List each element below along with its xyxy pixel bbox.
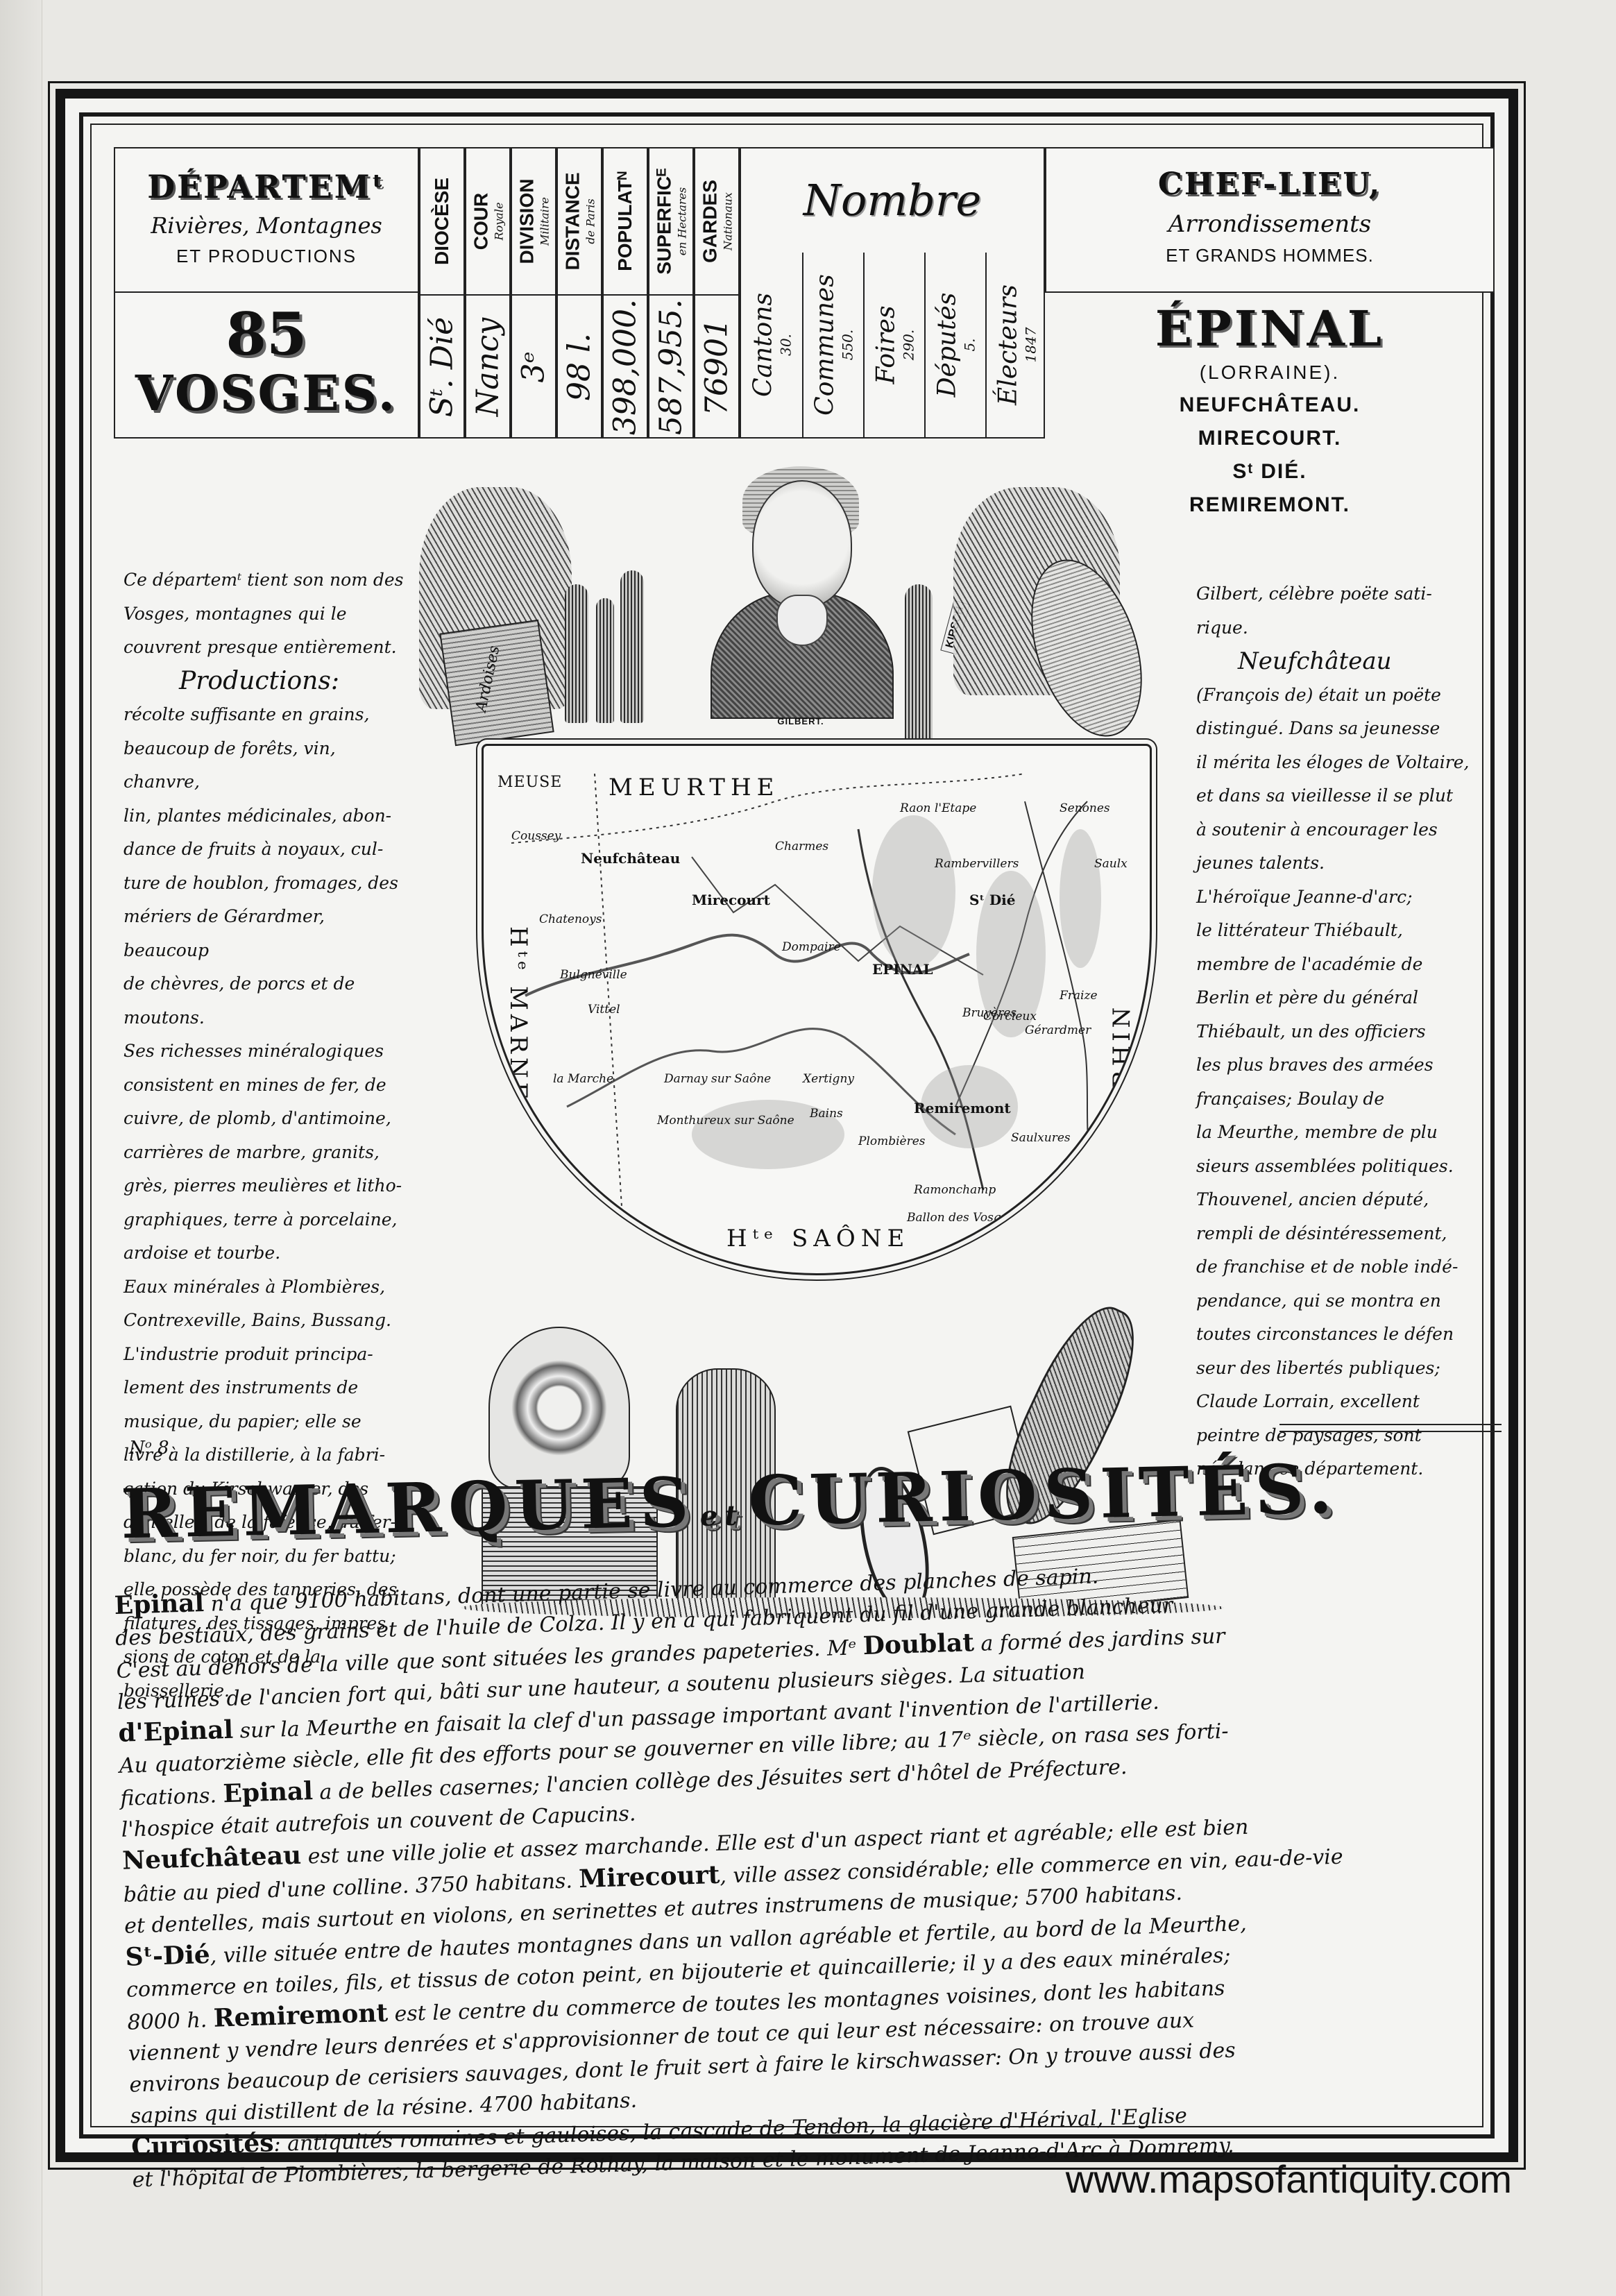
department-heading: DÉPARTEMᵗ Rivières, Montagnes ET PRODUCT… [114,147,419,293]
text-line: de franchise et de noble indé- [1196,1250,1502,1284]
text-line: et dans sa vieillesse il se plut [1196,779,1502,813]
nombre-item: Députés5. [924,253,985,437]
plate-number: Nᵒ 8. [129,1438,175,1459]
place-label[interactable]: Darnay sur Saône [664,1072,771,1086]
text-line: Berlin et père du général [1196,981,1502,1015]
bottle-illustration [905,584,933,744]
place-label[interactable]: Xertigny [803,1072,854,1086]
place-label[interactable]: la Marche [553,1072,613,1086]
great-men-text: Gilbert, célèbre poëte sati-rique.Neufch… [1196,577,1502,1486]
text-line: L'industrie produit principa- [124,1338,415,1372]
text-line: Claude Lorrain, excellent [1196,1385,1502,1419]
stat-label: SUPERFICᴱ [654,168,675,274]
text-line: récolte suffisante en grains, [124,698,415,732]
place-name-highlight: Sᵗ-Dié [125,1940,210,1972]
remarks-body: Epinal n'a que 9100 habitans, dont une p… [114,1547,1513,2195]
place-label[interactable]: Ballon des Vosges [907,1211,1014,1225]
text-line: il mérita les éloges de Voltaire, [1196,746,1502,780]
text-line: toutes circonstances le défen [1196,1318,1502,1352]
department-name: 85 VOSGES. [114,293,419,439]
neighbor-department-label: Hᵗᵉ SAÔNE [726,1225,910,1252]
text-line: jeunes talents. [1196,847,1502,881]
stat-value: Nancy [470,318,506,417]
text-line: beaucoup de forêts, vin, chanvre, [124,732,415,799]
slate-crate-illustration: Ardoises [439,620,554,746]
stat-value: 587,955. [654,299,689,435]
text-line: Contrexeville, Bains, Bussang. [124,1304,415,1338]
divider-rule [1279,1424,1502,1432]
text-line: distingué. Dans sa jeunesse [1196,712,1502,746]
neighbor-department-label: MEUSE [497,774,562,791]
bottle-illustration [620,570,644,723]
text-line: (François de) était un poëte [1196,679,1502,713]
place-label[interactable]: Rambervillers [935,857,1019,871]
stat-value: 3ᵉ [516,351,552,382]
place-label[interactable]: Ramonchamp [914,1183,996,1197]
watermark-url: www.mapsofantiquity.com [1066,2157,1512,2202]
stat-label: DIOCÈSE [431,178,452,265]
neighbor-department-label: Hᵗ RHIN [1108,1003,1136,1134]
bottle-illustration [565,584,588,723]
section-title: REMARQUESetCURIOSITÉS. [114,1462,1460,1542]
place-name-highlight: Epinal [114,1588,205,1620]
place-label[interactable]: Vittel [588,1003,620,1017]
city-label[interactable]: Neufchâteau [581,850,680,867]
neighbor-department-label: MEURTHE [609,774,779,801]
stat-column: DIOCÈSESᵗ. Dié [419,147,465,439]
stat-value: Sᵗ. Dié [425,317,460,417]
place-name-highlight: Epinal [223,1776,314,1808]
stat-column: DIVISIONMilitaire3ᵉ [511,147,556,439]
stat-column: COURRoyaleNancy [465,147,511,439]
region-name: (LORRAINE). [1045,362,1495,384]
text-line: de chèvres, de porcs et de moutons. [124,967,415,1035]
text-line: Neufchâteau [1196,645,1502,679]
text-line: lin, plantes médicinales, abon- [124,799,415,833]
remarks-text: fications. [120,1783,223,1811]
text-line: consistent en mines de fer, de [124,1069,415,1103]
text-line: le littérateur Thiébault, [1196,914,1502,948]
place-label[interactable]: Coussey [511,829,561,843]
stat-label: DIVISION [516,179,538,264]
text-line: rique. [1196,611,1502,645]
stat-column: GARDESNationaux76901 [694,147,740,439]
nombre-item: Cantons30. [741,253,802,437]
book-gutter [0,0,42,2296]
stat-column: SUPERFICᴱen Hectares587,955. [648,147,694,439]
place-label[interactable]: Monthureux sur Saône [657,1114,794,1128]
place-label[interactable]: Bains [810,1107,843,1121]
city-label[interactable]: Remiremont [914,1100,1011,1116]
text-line: à soutenir à encourager les [1196,813,1502,847]
text-line: françaises; Boulay de [1196,1082,1502,1116]
chef-lieu-heading: CHEF-LIEU, Arrondissements ET GRANDS HOM… [1045,147,1495,293]
text-line: graphiques, terre à porcelaine, [124,1203,415,1237]
stat-label: DISTANCE [562,172,584,270]
city-label[interactable]: EPINAL [872,961,933,978]
stat-label: COUR [470,193,492,250]
city-label[interactable]: Mirecourt [692,892,770,908]
portrait-caption: GILBERT. [731,716,870,726]
department-title: VOSGES. [115,364,418,422]
text-line: lement des instruments de [124,1371,415,1405]
text-line: Gilbert, célèbre poëte sati- [1196,577,1502,611]
text-line: les plus braves des armées [1196,1048,1502,1082]
text-line: musique, du papier; elle se [124,1405,415,1439]
nombre-block: NombreCantons30.Communes550.Foires290.Dé… [740,147,1045,439]
text-line: ardoise et tourbe. [124,1236,415,1270]
place-name-highlight: Neufchâteau [122,1841,302,1876]
place-label[interactable]: Dompaire [782,940,841,954]
place-label[interactable]: Fraize [1060,989,1098,1003]
place-label[interactable]: Corcieux [983,1010,1037,1023]
place-label[interactable]: Bulgnéville [560,968,627,982]
neighbor-department-label: Hᵗᵉ MARNE [504,926,532,1104]
nombre-item: Électeurs1847 [985,253,1046,437]
department-number: 85 [115,300,418,368]
stat-value: 398,000. [608,299,643,435]
text-line: Vosges, montagnes qui le [124,597,415,631]
remarks-text: 8000 h. [127,2008,214,2035]
place-label[interactable]: Saulx [1094,857,1128,871]
text-line: dance de fruits à noyaux, cul- [124,833,415,867]
nombre-title: Nombre [741,148,1044,253]
productions-heading: Productions: [124,665,415,699]
text-line: grès, pierres meulières et litho- [124,1169,415,1203]
bottle-illustration [596,598,614,723]
stat-value: 76901 [699,318,735,416]
text-line: pendance, qui se montra en [1196,1284,1502,1318]
place-label[interactable]: Gérardmer [1025,1023,1091,1037]
stat-value: 98 l. [562,333,597,401]
text-line: Ses richesses minéralogiques [124,1035,415,1069]
text-line: rempli de désintéressement, [1196,1217,1502,1251]
place-name-highlight: Remiremont [213,1998,389,2033]
text-line: L'héroïque Jeanne-d'arc; [1196,881,1502,915]
place-label[interactable]: Saulxures [1011,1131,1071,1145]
stat-column: POPULATᴺ398,000. [602,147,648,439]
page-frame: DÉPARTEMᵗ Rivières, Montagnes ET PRODUCT… [56,89,1518,2162]
arrondissement: NEUFCHÂTEAU. [1045,393,1495,417]
place-name-highlight: Mirecourt [579,1860,720,1894]
nombre-item: Foires290. [863,253,924,437]
portrait-gilbert [697,452,905,716]
capital-city: ÉPINAL [1045,300,1495,357]
text-line: mériers de Gérardmer, beaucoup [124,900,415,967]
text-line: cuivre, de plomb, d'antimoine, [124,1102,415,1136]
plate-content: DÉPARTEMᵗ Rivières, Montagnes ET PRODUCT… [114,147,1460,2104]
place-label[interactable]: Charmes [775,840,828,853]
text-line: membre de l'académie de [1196,948,1502,982]
place-label[interactable]: Chatenoys [539,912,602,926]
map-drawing [484,746,1150,1273]
text-line: Eaux minérales à Plombières, [124,1270,415,1304]
text-line: Thouvenel, ancien député, [1196,1183,1502,1217]
place-name-highlight: Curiosités [131,2128,274,2161]
department-map[interactable]: MEUSEMEURTHEHᵗᵉ MARNEHᵗ RHINHᵗᵉ SAÔNENeu… [482,744,1152,1275]
place-name-highlight: d'Epinal [118,1715,234,1748]
stat-label: GARDES [699,180,721,263]
text-line: Thiébault, un des officiers [1196,1015,1502,1049]
text-line: seur des libertés publiques; [1196,1352,1502,1386]
text-line: Ce départemᵗ tient son nom des [124,563,415,597]
text-line: couvrent presque entièrement. [124,631,415,665]
decorative-vignette: Ardoises GILBERT. KIRSCH [405,445,1196,1486]
place-label[interactable]: Plombières [858,1134,926,1148]
place-label[interactable]: Senones [1060,801,1110,815]
stat-label: POPULATᴺ [614,171,636,271]
text-line: la Meurthe, membre de plu [1196,1116,1502,1150]
text-line: sieurs assemblées politiques. [1196,1150,1502,1184]
text-line: ture de houblon, fromages, des [124,867,415,901]
nombre-item: Communes550. [802,253,863,437]
statistics-header: DÉPARTEMᵗ Rivières, Montagnes ET PRODUCT… [114,147,1460,439]
place-name-highlight: Doublat [862,1628,974,1660]
text-line: carrières de marbre, granits, [124,1136,415,1170]
stat-column: DISTANCEde Paris98 l. [556,147,602,439]
remarks-text: a formé des jardins sur [973,1624,1225,1656]
place-label[interactable]: Raon l'Etape [900,801,976,815]
city-label[interactable]: Sᵗ Dié [969,892,1015,908]
page-frame-inner: DÉPARTEMᵗ Rivières, Montagnes ET PRODUCT… [79,112,1495,2138]
